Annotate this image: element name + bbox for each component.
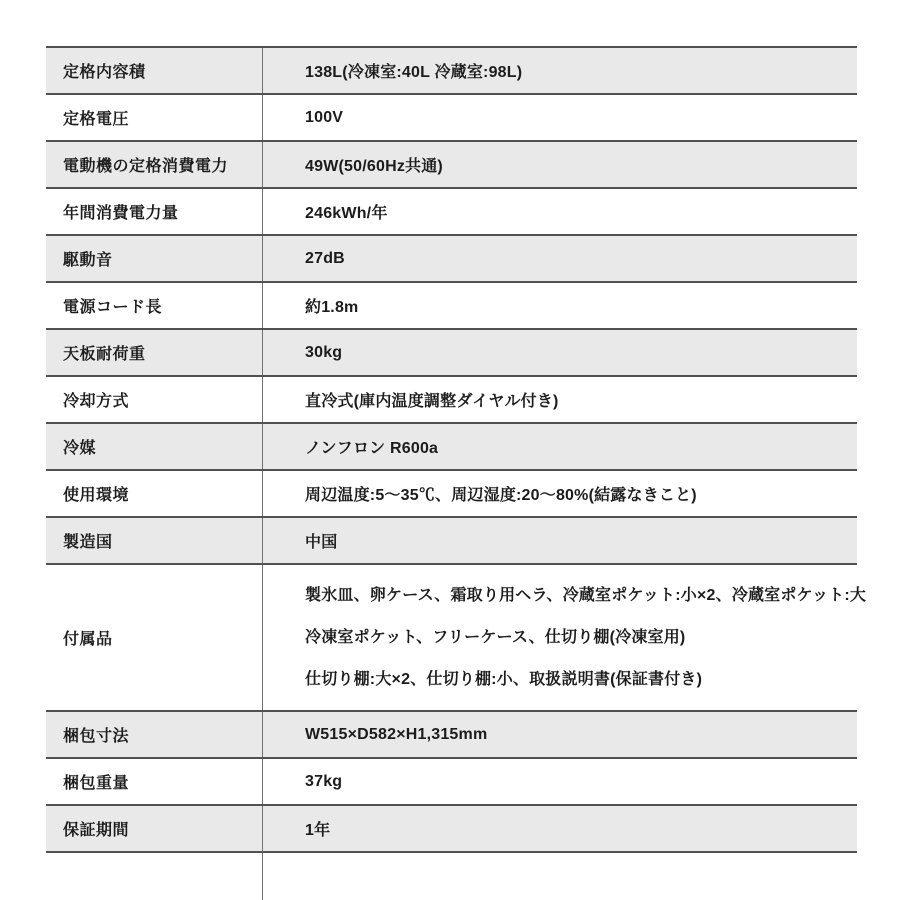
spec-row-annual-power: 年間消費電力量 246kWh/年 [46, 189, 857, 236]
spec-value: 1年 [262, 806, 857, 851]
spec-value: ノンフロン R600a [262, 424, 857, 469]
spec-label: 冷媒 [46, 424, 262, 469]
spec-label: 付属品 [46, 565, 262, 710]
spec-row-refrigerant: 冷媒 ノンフロン R600a [46, 424, 857, 471]
spec-label: 梱包寸法 [46, 712, 262, 757]
spec-value: 約1.8m [262, 283, 857, 328]
spec-row-motor-power: 電動機の定格消費電力 49W(50/60Hz共通) [46, 142, 857, 189]
spec-row-rated-capacity: 定格内容積 138L(冷凍室:40L 冷蔵室:98L) [46, 48, 857, 95]
spec-label: 天板耐荷重 [46, 330, 262, 375]
spec-label: 冷却方式 [46, 377, 262, 422]
spec-row-country-of-origin: 製造国 中国 [46, 518, 857, 565]
spec-label: 定格電圧 [46, 95, 262, 140]
spec-label: 駆動音 [46, 236, 262, 281]
spec-label: 電源コード長 [46, 283, 262, 328]
spec-value: 27dB [262, 236, 857, 281]
spec-label: 製造国 [46, 518, 262, 563]
spec-label: 電動機の定格消費電力 [46, 142, 262, 187]
column-divider-extension [262, 851, 263, 900]
spec-row-operating-environment: 使用環境 周辺温度:5〜35℃、周辺湿度:20〜80%(結露なきこと) [46, 471, 857, 518]
spec-row-accessories: 付属品 製氷皿、卵ケース、霜取り用ヘラ、冷蔵室ポケット:小×2、冷蔵室ポケット:… [46, 565, 857, 712]
spec-value: 37kg [262, 759, 857, 804]
spec-label: 年間消費電力量 [46, 189, 262, 234]
spec-row-rated-voltage: 定格電圧 100V [46, 95, 857, 142]
spec-value: 製氷皿、卵ケース、霜取り用ヘラ、冷蔵室ポケット:小×2、冷蔵室ポケット:大 冷凍… [262, 565, 866, 710]
spec-value: 直冷式(庫内温度調整ダイヤル付き) [262, 377, 857, 422]
spec-label: 使用環境 [46, 471, 262, 516]
spec-value: 100V [262, 95, 857, 140]
spec-row-package-dimensions: 梱包寸法 W515×D582×H1,315mm [46, 712, 857, 759]
spec-row-cord-length: 電源コード長 約1.8m [46, 283, 857, 330]
spec-value: 30kg [262, 330, 857, 375]
spec-row-noise: 駆動音 27dB [46, 236, 857, 283]
spec-row-cooling-method: 冷却方式 直冷式(庫内温度調整ダイヤル付き) [46, 377, 857, 424]
accessories-line-2: 冷凍室ポケット、フリーケース、仕切り棚(冷凍室用) [305, 617, 685, 659]
spec-label: 定格内容積 [46, 48, 262, 93]
spec-value: 49W(50/60Hz共通) [262, 142, 857, 187]
product-spec-table: 定格内容積 138L(冷凍室:40L 冷蔵室:98L) 定格電圧 100V 電動… [46, 46, 857, 853]
spec-value: 246kWh/年 [262, 189, 857, 234]
spec-row-package-weight: 梱包重量 37kg [46, 759, 857, 806]
accessories-line-1: 製氷皿、卵ケース、霜取り用ヘラ、冷蔵室ポケット:小×2、冷蔵室ポケット:大 [305, 575, 866, 617]
spec-value: 中国 [262, 518, 857, 563]
spec-label: 梱包重量 [46, 759, 262, 804]
spec-row-warranty-period: 保証期間 1年 [46, 806, 857, 853]
spec-value: 138L(冷凍室:40L 冷蔵室:98L) [262, 48, 857, 93]
accessories-line-3: 仕切り棚:大×2、仕切り棚:小、取扱説明書(保証書付き) [305, 659, 702, 701]
spec-label: 保証期間 [46, 806, 262, 851]
spec-row-top-load: 天板耐荷重 30kg [46, 330, 857, 377]
spec-value: W515×D582×H1,315mm [262, 712, 857, 757]
spec-value: 周辺温度:5〜35℃、周辺湿度:20〜80%(結露なきこと) [262, 471, 857, 516]
